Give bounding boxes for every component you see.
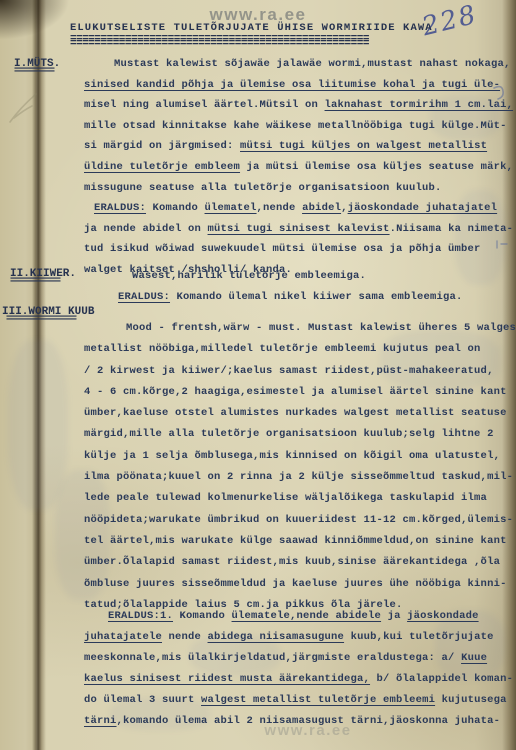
- text-line: tärni,komando ülema abil 2 niisamasugust…: [84, 711, 510, 732]
- text-segment: ja mütsi ülemise osa küljes seatuse märk…: [240, 161, 513, 173]
- text-segment: ülematel: [205, 202, 257, 214]
- text-segment: walgest metallist tuletõrje embleemi: [201, 694, 435, 706]
- text-segment: .Niisama ka nimeta-: [390, 223, 514, 235]
- paragraph-muts: Mustast kalewist sõjawäe jalawäe wormi,m…: [84, 54, 510, 281]
- text-segment: jäoskondade juhatajatel: [348, 202, 498, 214]
- title-underline: ========================================…: [70, 38, 400, 50]
- text-segment: Kuue: [461, 652, 487, 664]
- pen-mark: [494, 238, 510, 252]
- text-line: 4 - 6 cm.kõrge,2 haagiga,esimestel ja al…: [84, 382, 510, 403]
- paragraph-eraldus-kuub: ERALDUS:1. Komando ülematele,nende abide…: [84, 606, 510, 732]
- text-line: juhatajatele nende abidega niisamasugune…: [84, 627, 510, 648]
- text-line: si märgid on järgmised: mütsi tugi külje…: [84, 136, 510, 157]
- text-segment: tel äärtel,mis warukate külge saawad kin…: [84, 535, 507, 547]
- text-line: sinised kandid põhja ja ülemise osa liit…: [84, 75, 510, 96]
- text-segment: ERALDUS:1.: [108, 610, 173, 622]
- text-line: tel äärtel,mis warukate külge saawad kin…: [84, 531, 510, 552]
- text-segment: ja nende abidel on: [84, 223, 208, 235]
- text-segment: tärni: [84, 715, 117, 727]
- text-line: ERALDUS:1. Komando ülematele,nende abide…: [84, 606, 510, 627]
- text-line: misel ning alumisel äärtel.Mütsil on lak…: [84, 95, 510, 116]
- text-segment: märgid,mille alla tuletõrje organisatsio…: [84, 428, 494, 440]
- text-segment: kujutusega: [435, 694, 507, 706]
- text-segment: si märgid on järgmised:: [84, 140, 240, 152]
- text-segment: kuub,kui tuletõrjujate: [344, 631, 494, 643]
- text-line: märgid,mille alla tuletõrje organisatsio…: [84, 424, 510, 445]
- text-line: tud isikud wõiwad suwekuudel mütsi ülemi…: [84, 239, 510, 260]
- text-segment: abidega niisamasugune: [208, 631, 345, 643]
- text-segment: ja: [381, 610, 407, 622]
- text-segment: metallist nööbiga,milledel tuletõrje emb…: [84, 343, 481, 355]
- text-line: ümber,kaeluse otstel alumistes nurkades …: [84, 403, 510, 424]
- text-segment: mille otsad kinnitakse kahe wäikese meta…: [84, 120, 507, 132]
- text-segment: 4 - 6 cm.kõrge,2 haagiga,esimestel ja al…: [84, 386, 507, 398]
- text-segment: Mustast kalewist sõjawäe jalawäe wormi,m…: [114, 58, 511, 70]
- text-segment: külje ja 1 selja õmblusega,mis kinnised …: [84, 450, 500, 462]
- text-segment: nende: [162, 631, 208, 643]
- text-segment: jäoskondade: [407, 610, 479, 622]
- text-segment: ilma pöönata;kuuel on 2 rinna ja 2 külje…: [84, 471, 513, 483]
- text-segment: Mood - frentsh,wärw - must. Mustast kale…: [126, 322, 516, 334]
- pencil-mark: [6, 88, 46, 128]
- text-line: lede peale tulewad kolmenurkelise wäljal…: [84, 488, 510, 509]
- text-segment: ERALDUS:: [94, 202, 146, 214]
- text-segment: ülematele,nende abidele: [232, 610, 382, 622]
- text-segment: ümber,kaeluse otstel alumistes nurkades …: [84, 407, 507, 419]
- text-segment: kaelus sinisest riidest musta äärekantid…: [84, 673, 370, 685]
- text-segment: üldine tuletõrje embleem: [84, 161, 240, 173]
- text-segment: Wasest,harilik tuletõrje embleemiga.: [132, 270, 366, 282]
- text-segment: missugune seatuse alla tuletõrje organis…: [84, 182, 442, 194]
- text-segment: ,nende: [257, 202, 303, 214]
- section-label-vormi-kuub-rule: ==============: [6, 314, 76, 325]
- text-segment: ,komando ülema abil 2 niisamasugust tärn…: [117, 715, 501, 727]
- pen-mark: [490, 84, 508, 110]
- text-segment: laknahast tormirihm 1 cm.lai,: [325, 99, 514, 111]
- text-segment: sinised kandid põhja ja ülemise osa liit…: [84, 79, 500, 91]
- text-segment: abidel: [302, 202, 341, 214]
- text-line: Mustast kalewist sõjawäe jalawäe wormi,m…: [84, 54, 510, 75]
- text-segment: do ülemal 3 suurt: [84, 694, 201, 706]
- text-line: meeskonnale,mis ülalkirjeldatud,järgmist…: [84, 648, 510, 669]
- text-line: külje ja 1 selja õmblusega,mis kinnised …: [84, 446, 510, 467]
- text-segment: lede peale tulewad kolmenurkelise wäljal…: [84, 492, 487, 504]
- text-segment: / 2 kirwest ja kiiwer/;kaelus samast rii…: [84, 365, 494, 377]
- text-segment: Komando ülemal nikel kiiwer sama embleem…: [170, 291, 463, 303]
- text-segment: b/ õlalappidel koman-: [370, 673, 513, 685]
- text-segment: ERALDUS:: [118, 291, 170, 303]
- paragraph-vormi-kuub: Mood - frentsh,wärw - must. Mustast kale…: [84, 318, 510, 616]
- section-label-kiiver-rule: ==========: [10, 276, 60, 287]
- text-line: nööpideta;warukate ümbrikud on kuueriide…: [84, 510, 510, 531]
- text-line: do ülemal 3 suurt walgest metallist tule…: [84, 690, 510, 711]
- text-line: õmbluse juures sisseõmmeldud ja kaeluse …: [84, 574, 510, 595]
- text-line: missugune seatuse alla tuletõrje organis…: [84, 178, 510, 199]
- text-line: ERALDUS: Komando ülematel,nende abidel,j…: [84, 198, 510, 219]
- text-line: Mood - frentsh,wärw - must. Mustast kale…: [84, 318, 510, 339]
- scanned-document-page: www.ra.ee www.ra.ee 228 ELUKUTSELISTE TU…: [0, 0, 516, 750]
- text-line: metallist nööbiga,milledel tuletõrje emb…: [84, 339, 510, 360]
- text-segment: Komando: [173, 610, 232, 622]
- text-segment: nööpideta;warukate ümbrikud on kuueriide…: [84, 514, 513, 526]
- section-label-muts-rule: ========: [14, 66, 54, 77]
- text-line: / 2 kirwest ja kiiwer/;kaelus samast rii…: [84, 361, 510, 382]
- text-segment: õmbluse juures sisseõmmeldud ja kaeluse …: [84, 578, 507, 590]
- text-segment: meeskonnale,mis ülalkirjeldatud,järgmist…: [84, 652, 461, 664]
- text-line: üldine tuletõrje embleem ja mütsi ülemis…: [84, 157, 510, 178]
- text-line: ja nende abidel on mütsi tugi sinisest k…: [84, 219, 510, 240]
- text-line: ilma pöönata;kuuel on 2 rinna ja 2 külje…: [84, 467, 510, 488]
- text-line: ümber.Õlalapid samast riidest,mis kuub,s…: [84, 552, 510, 573]
- text-line: kaelus sinisest riidest musta äärekantid…: [84, 669, 510, 690]
- text-segment: tud isikud wõiwad suwekuudel mütsi ülemi…: [84, 243, 481, 255]
- text-segment: mütsi tugi sinisest kalevist: [208, 223, 390, 235]
- text-segment: ümber.Õlalapid samast riidest,mis kuub,s…: [84, 556, 500, 568]
- text-segment: misel ning alumisel äärtel.Mütsil on: [84, 99, 325, 111]
- text-line: Wasest,harilik tuletõrje embleemiga.: [84, 266, 510, 287]
- text-line: ERALDUS: Komando ülemal nikel kiiwer sam…: [84, 287, 510, 308]
- text-segment: juhatajatele: [84, 631, 162, 643]
- text-segment: mütsi tugi küljes on walgest metallist: [240, 140, 487, 152]
- text-segment: Komando: [146, 202, 205, 214]
- bleed-through-smudge: [8, 340, 68, 510]
- paragraph-kiiver: Wasest,harilik tuletõrje embleemiga.ERAL…: [84, 266, 510, 309]
- text-line: mille otsad kinnitakse kahe wäikese meta…: [84, 116, 510, 137]
